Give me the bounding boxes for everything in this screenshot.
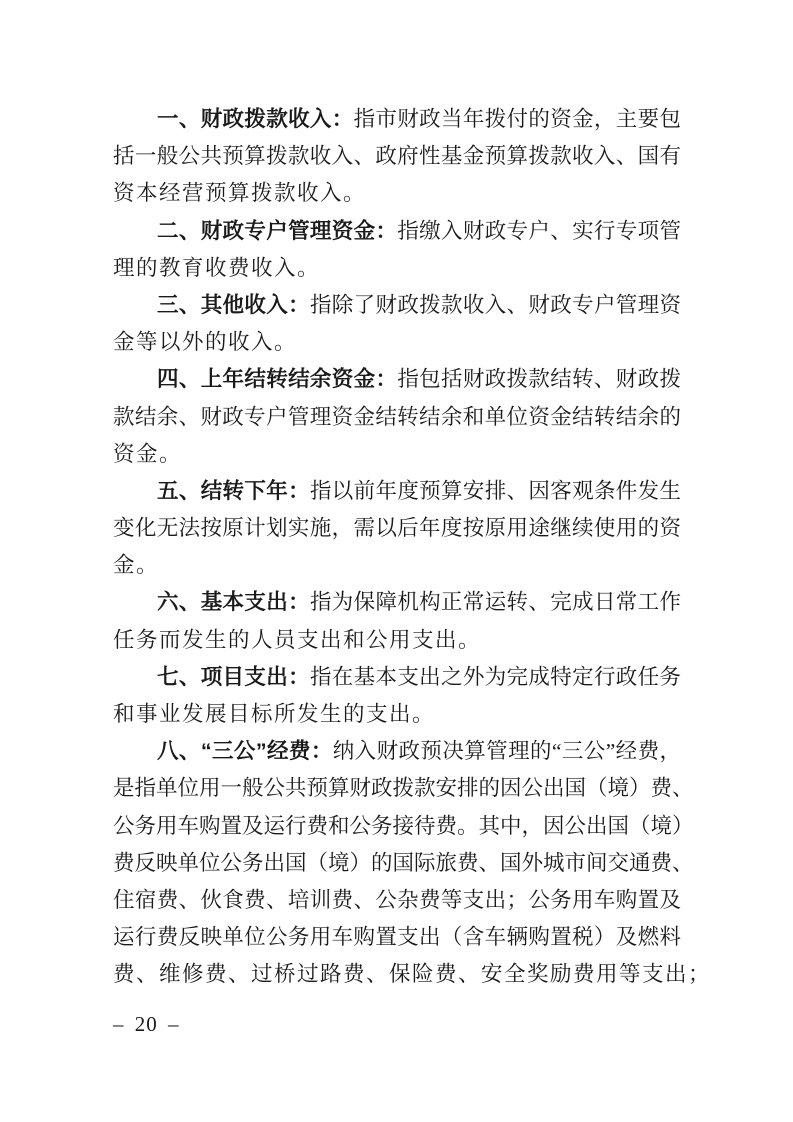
definition-paragraph: 五、结转下年：指以前年度预算安排、因客观条件发生变化无法按原计划实施，需以后年度… bbox=[113, 473, 681, 585]
definition-text: 指市财政当年拨付的资金，主要包 bbox=[354, 107, 681, 131]
definition-paragraph: 三、其他收入：指除了财政拨款收入、财政专户管理资金等以外的收入。 bbox=[113, 287, 681, 361]
term-label: 二、财政专户管理资金： bbox=[157, 219, 397, 243]
paragraph-line: 运行费反映单位公务用车购置支出（含车辆购置税）及燃料 bbox=[113, 919, 681, 956]
paragraph-first-line: 五、结转下年：指以前年度预算安排、因客观条件发生 bbox=[113, 473, 681, 510]
paragraph-line: 资本经营预算拨款收入。 bbox=[113, 175, 681, 212]
term-label: 六、基本支出： bbox=[157, 590, 310, 614]
paragraph-first-line: 一、财政拨款收入：指市财政当年拨付的资金，主要包 bbox=[113, 101, 681, 138]
definition-paragraph: 二、财政专户管理资金：指缴入财政专户、实行专项管理的教育收费收入。 bbox=[113, 213, 681, 287]
term-label: 五、结转下年： bbox=[157, 479, 310, 503]
definition-paragraph: 一、财政拨款收入：指市财政当年拨付的资金，主要包括一般公共预算拨款收入、政府性基… bbox=[113, 101, 681, 213]
paragraph-line: 公务用车购置及运行费和公务接待费。其中，因公出国（境） bbox=[113, 808, 681, 845]
document-page: 一、财政拨款收入：指市财政当年拨付的资金，主要包括一般公共预算拨款收入、政府性基… bbox=[0, 0, 793, 1122]
paragraph-line: 费、维修费、过桥过路费、保险费、安全奖励费用等支出； bbox=[113, 956, 681, 993]
term-label: 一、财政拨款收入： bbox=[157, 107, 354, 131]
definition-text: 纳入财政预决算管理的“三公”经费， bbox=[333, 739, 681, 763]
paragraph-line: 是指单位用一般公共预算财政拨款安排的因公出国（境）费、 bbox=[113, 770, 681, 807]
paragraph-line: 款结余、财政专户管理资金结转结余和单位资金结转结余的 bbox=[113, 399, 681, 436]
definition-text: 指缴入财政专户、实行专项管 bbox=[397, 219, 681, 243]
term-label: 七、项目支出： bbox=[157, 665, 310, 689]
definition-text: 指包括财政拨款结转、财政拨 bbox=[397, 367, 681, 391]
paragraph-first-line: 三、其他收入：指除了财政拨款收入、财政专户管理资 bbox=[113, 287, 681, 324]
definition-paragraph: 八、“三公”经费：纳入财政预决算管理的“三公”经费，是指单位用一般公共预算财政拨… bbox=[113, 733, 681, 993]
term-label: 四、上年结转结余资金： bbox=[157, 367, 397, 391]
definition-paragraph: 六、基本支出：指为保障机构正常运转、完成日常工作任务而发生的人员支出和公用支出。 bbox=[113, 584, 681, 658]
term-label: 三、其他收入： bbox=[157, 293, 310, 317]
paragraph-line: 任务而发生的人员支出和公用支出。 bbox=[113, 622, 681, 659]
paragraph-line: 金。 bbox=[113, 547, 681, 584]
paragraph-line: 和事业发展目标所发生的支出。 bbox=[113, 696, 681, 733]
definition-paragraph: 七、项目支出：指在基本支出之外为完成特定行政任务和事业发展目标所发生的支出。 bbox=[113, 659, 681, 733]
paragraph-line: 资金。 bbox=[113, 436, 681, 473]
paragraph-line: 金等以外的收入。 bbox=[113, 324, 681, 361]
definition-text: 指为保障机构正常运转、完成日常工作 bbox=[310, 590, 681, 614]
paragraph-first-line: 六、基本支出：指为保障机构正常运转、完成日常工作 bbox=[113, 584, 681, 621]
paragraph-line: 费反映单位公务出国（境）的国际旅费、国外城市间交通费、 bbox=[113, 845, 681, 882]
document-body: 一、财政拨款收入：指市财政当年拨付的资金，主要包括一般公共预算拨款收入、政府性基… bbox=[113, 101, 681, 994]
paragraph-line: 住宿费、伙食费、培训费、公杂费等支出；公务用车购置及 bbox=[113, 882, 681, 919]
paragraph-first-line: 七、项目支出：指在基本支出之外为完成特定行政任务 bbox=[113, 659, 681, 696]
definition-text: 指以前年度预算安排、因客观条件发生 bbox=[310, 479, 681, 503]
definition-paragraph: 四、上年结转结余资金：指包括财政拨款结转、财政拨款结余、财政专户管理资金结转结余… bbox=[113, 361, 681, 473]
term-label: 八、“三公”经费： bbox=[157, 739, 333, 763]
definition-text: 指除了财政拨款收入、财政专户管理资 bbox=[310, 293, 681, 317]
definition-text: 指在基本支出之外为完成特定行政任务 bbox=[310, 665, 681, 689]
paragraph-first-line: 二、财政专户管理资金：指缴入财政专户、实行专项管 bbox=[113, 213, 681, 250]
paragraph-line: 理的教育收费收入。 bbox=[113, 250, 681, 287]
paragraph-line: 变化无法按原计划实施，需以后年度按原用途继续使用的资 bbox=[113, 510, 681, 547]
page-number: – 20 – bbox=[113, 1012, 180, 1037]
paragraph-line: 括一般公共预算拨款收入、政府性基金预算拨款收入、国有 bbox=[113, 138, 681, 175]
paragraph-first-line: 四、上年结转结余资金：指包括财政拨款结转、财政拨 bbox=[113, 361, 681, 398]
paragraph-first-line: 八、“三公”经费：纳入财政预决算管理的“三公”经费， bbox=[113, 733, 681, 770]
